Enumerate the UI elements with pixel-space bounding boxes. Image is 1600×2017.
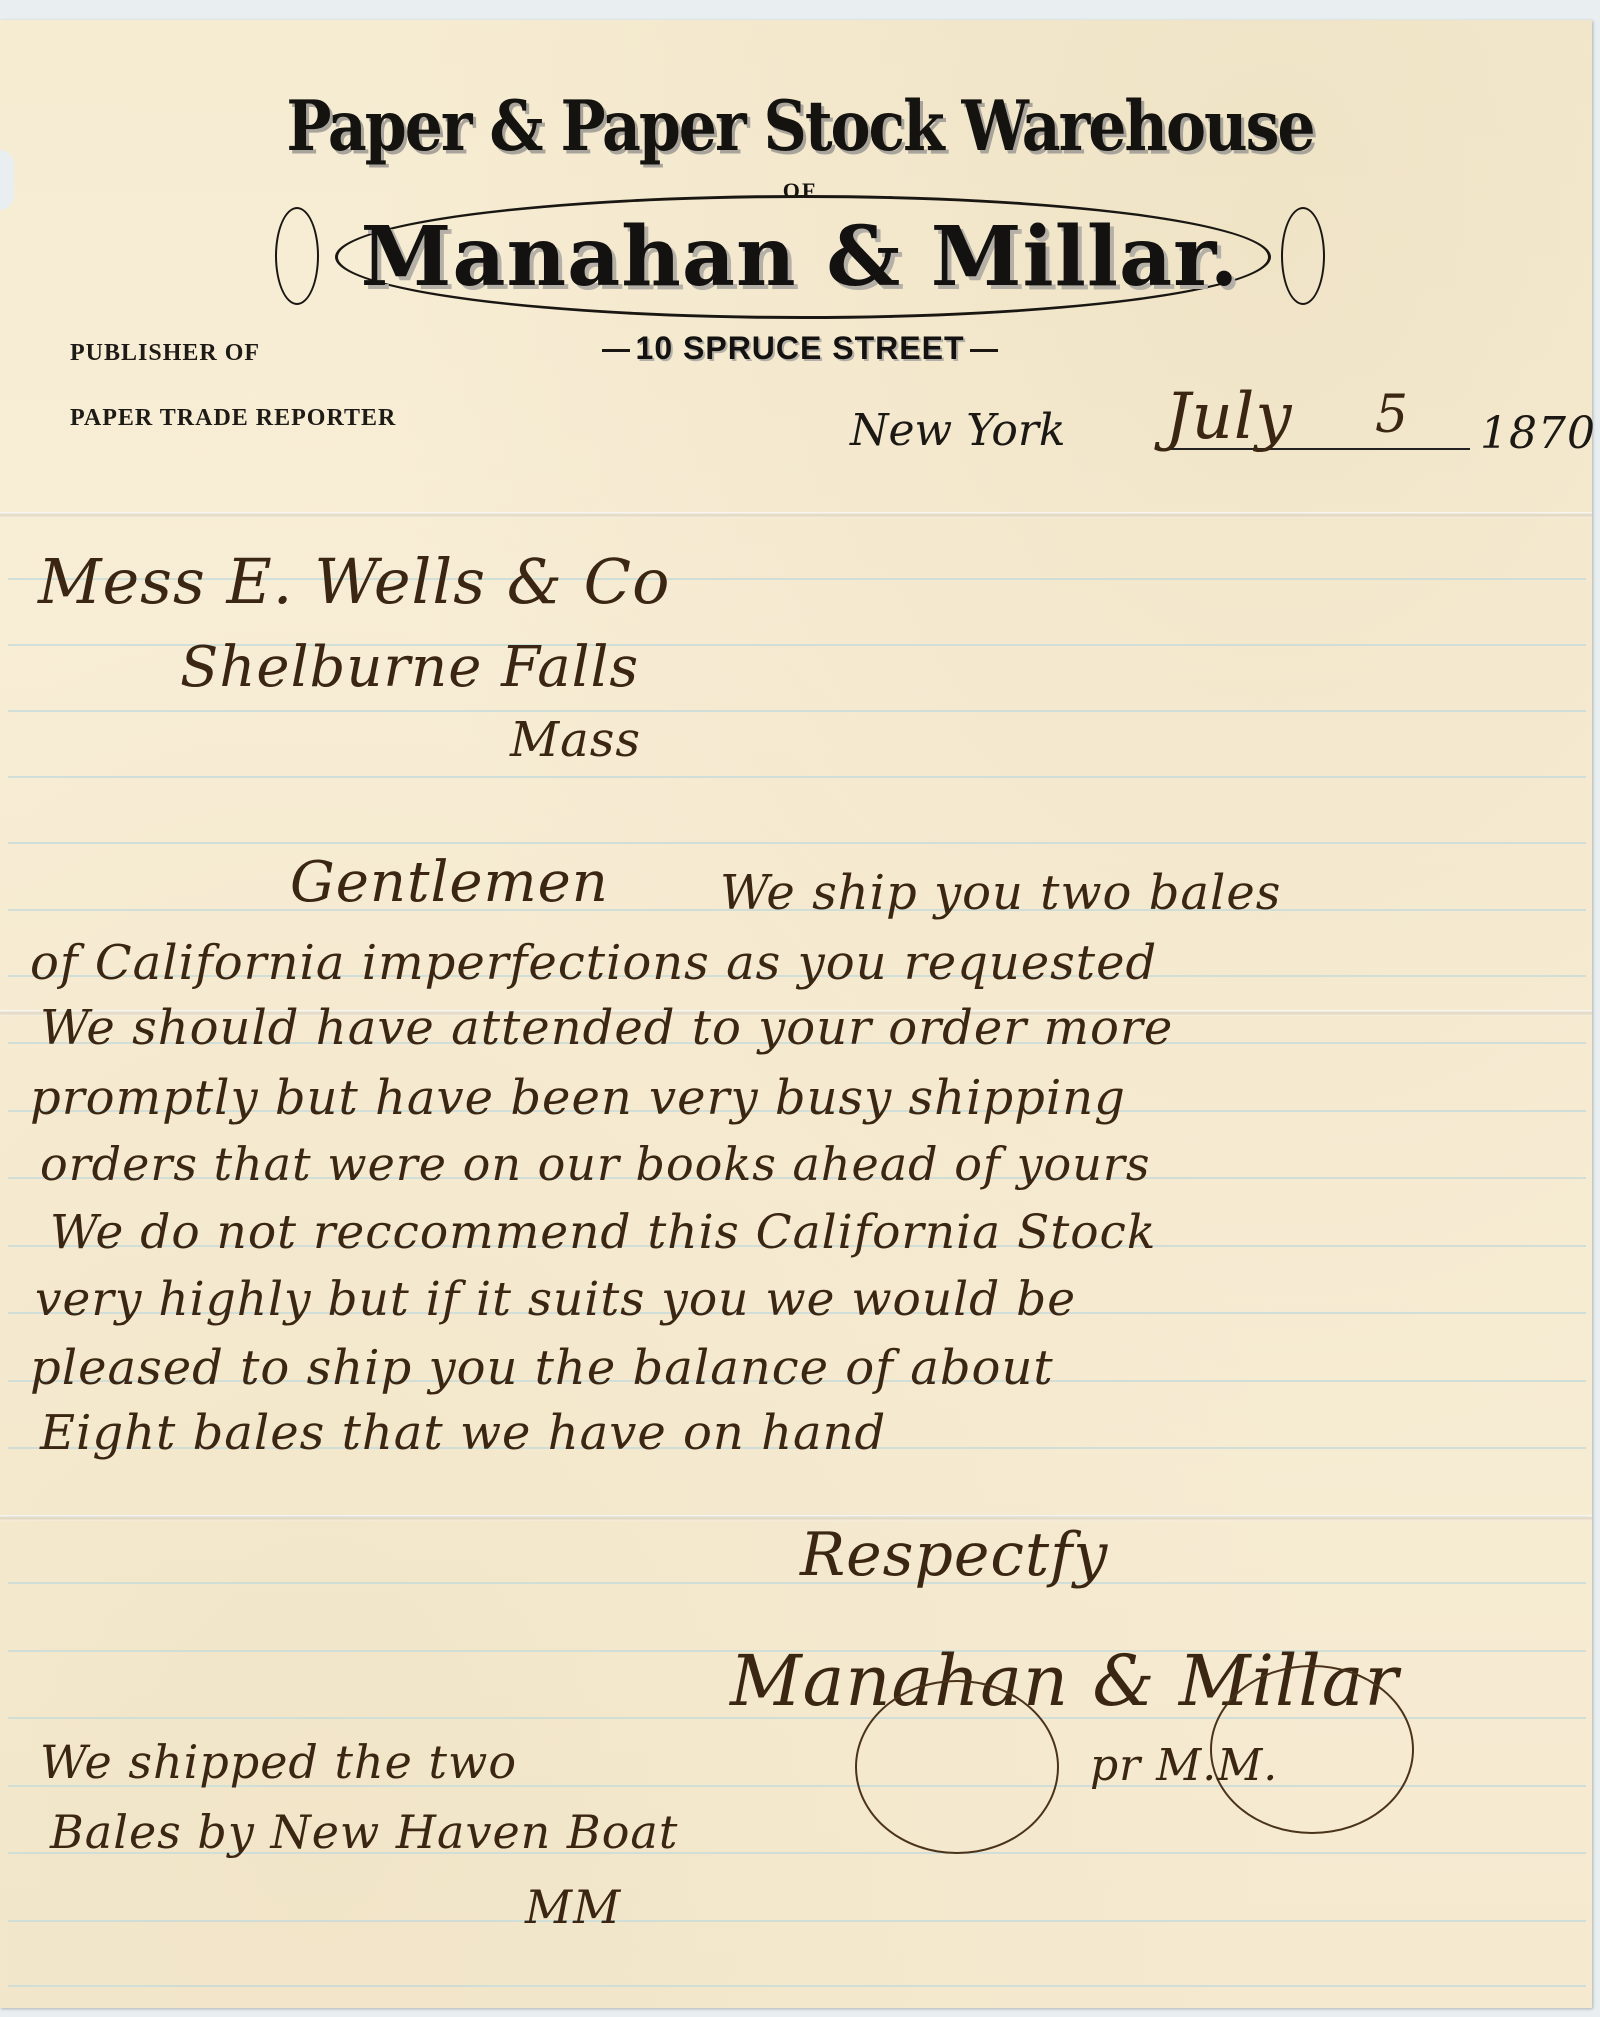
paper-fold — [0, 1515, 1592, 1521]
ruled-line — [8, 1920, 1586, 1922]
body-line: Eight bales that we have on hand — [40, 1405, 886, 1461]
ruled-line — [8, 1985, 1586, 1987]
ornament-dash — [970, 349, 998, 352]
postscript-initials: MM — [525, 1880, 621, 1934]
dateline-place: New York — [850, 405, 1066, 456]
publisher-line-2: PAPER TRADE REPORTER — [70, 405, 396, 432]
body-line: orders that were on our books ahead of y… — [40, 1137, 1150, 1191]
body-line: We ship you two bales — [720, 865, 1281, 921]
signature-flourish — [855, 1680, 1059, 1854]
signature-per: pr M.M. — [1090, 1740, 1278, 1791]
ruled-line — [8, 776, 1586, 778]
paper-fold — [0, 512, 1592, 518]
salutation: Gentlemen — [290, 850, 609, 915]
recipient-line-2: Shelburne Falls — [180, 635, 639, 700]
recipient-line-1: Mess E. Wells & Co — [38, 545, 670, 618]
dateline-month: July — [1165, 380, 1293, 454]
ruled-line — [8, 842, 1586, 844]
body-line: We do not reccommend this California Sto… — [50, 1205, 1156, 1260]
ruled-line — [8, 710, 1586, 712]
body-line: pleased to ship you the balance of about — [30, 1340, 1054, 1396]
body-line: very highly but if it suits you we would… — [35, 1272, 1076, 1327]
letterhead-firm-cartouche: Manahan & Millar. — [275, 195, 1325, 315]
valediction: Respectfy — [800, 1520, 1108, 1590]
ornament-dash — [602, 349, 630, 352]
body-line: of California imperfections as you reque… — [30, 935, 1157, 991]
body-line: We should have attended to your order mo… — [40, 1000, 1173, 1056]
body-line: promptly but have been very busy shippin… — [30, 1070, 1126, 1126]
publisher-line-1: PUBLISHER OF — [70, 340, 260, 367]
postscript-line-2: Bales by New Haven Boat — [50, 1805, 678, 1859]
letterhead-title: Paper & Paper Stock Warehouse — [0, 87, 1600, 168]
letterhead-firm-name: Manahan & Millar. — [275, 209, 1325, 305]
postscript-line-1: We shipped the two — [40, 1735, 517, 1789]
recipient-line-3: Mass — [510, 712, 641, 768]
dateline-year: 1870 — [1480, 408, 1596, 459]
dateline-day: 5 — [1375, 385, 1409, 445]
ruled-line — [8, 1582, 1586, 1584]
letterhead-address-text: 10 SPRUCE STREET — [636, 330, 965, 366]
